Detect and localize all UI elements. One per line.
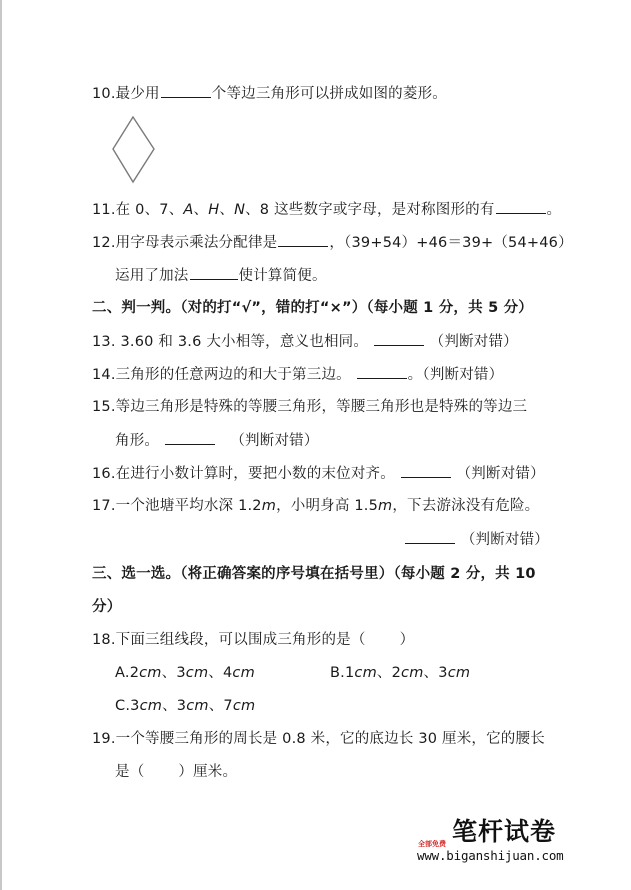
option-value: 3 [176, 665, 185, 681]
section-2-heading: 二、判一判。（对的打“√”，错的打“×”）（每小题 1 分，共 5 分） [92, 298, 533, 318]
q12-line2-suffix: 使计算简便。 [239, 268, 327, 284]
q13-prefix: 13. 3.60 和 3.6 大小相等，意义也相同。 [92, 334, 368, 350]
question-12-line2: 运用了加法使计算简便。 [115, 265, 327, 286]
q11-sep: 、 [194, 202, 209, 218]
q17-part3: ，下去游泳没有危险。 [392, 498, 539, 514]
q12-expression: ，（39+54）+46＝39+（54+46） [329, 235, 572, 251]
option-unit: cm [186, 665, 209, 681]
q17-part2: ，小明身高 1.5 [276, 498, 378, 514]
q19-suffix: ）厘米。 [178, 764, 237, 780]
option-value: 3 [438, 665, 447, 681]
q11-answer-blank[interactable] [496, 199, 546, 214]
option-sep: 、 [209, 698, 224, 714]
q17-answer-blank[interactable] [405, 529, 455, 544]
q12-answer-blank-1[interactable] [278, 232, 328, 247]
q14-answer-blank[interactable] [357, 364, 407, 379]
option-sep: 、 [208, 665, 223, 681]
option-unit: cm [233, 698, 256, 714]
q18-option-b[interactable]: B.1cm、2cm、3cm [330, 663, 470, 683]
option-value: 3 [130, 698, 139, 714]
question-19-line1: 19.一个等腰三角形的周长是 0.8 米，它的底边长 30 厘米，它的腰长 [92, 729, 545, 749]
question-15-line2: 角形。 （判断对错） [115, 430, 319, 451]
question-18-stem: 18.下面三组线段，可以围成三角形的是（） [92, 630, 414, 650]
watermark-logo: 笔杆试卷 全部免费 www.biganshijuan.com [414, 818, 614, 868]
question-19-line2: 是（）厘米。 [115, 762, 237, 782]
question-13: 13. 3.60 和 3.6 大小相等，意义也相同。 （判断对错） [92, 331, 518, 352]
option-label: A. [115, 665, 130, 681]
option-sep: 、 [377, 665, 392, 681]
option-unit: cm [186, 698, 209, 714]
option-value: 4 [223, 665, 232, 681]
option-unit: cm [448, 665, 471, 681]
q17-unit: m [378, 498, 392, 514]
q16-suffix: （判断对错） [457, 466, 545, 482]
q14-suffix: 。（判断对错） [408, 367, 504, 383]
option-unit: cm [232, 665, 255, 681]
option-unit: cm [139, 665, 162, 681]
q16-answer-blank[interactable] [401, 463, 451, 478]
q18-option-a[interactable]: A.2cm、3cm、4cm [115, 663, 255, 683]
q14-prefix: 14.三角形的任意两边的和大于第三边。 [92, 367, 351, 383]
q11-letter-a: A [183, 202, 193, 218]
section-3-heading-line2: 分） [92, 597, 121, 617]
option-value: 3 [177, 698, 186, 714]
option-label: B. [330, 665, 345, 681]
q17-part1: 17.一个池塘平均水深 1.2 [92, 498, 262, 514]
option-unit: cm [140, 698, 163, 714]
q11-suffix: 。 [547, 202, 562, 218]
rhombus-figure [112, 116, 156, 184]
q11-middle: 、8 这些数字或字母，是对称图形的有 [245, 202, 494, 218]
page-left-border [0, 0, 2, 890]
q10-suffix: 个等边三角形可以拼成如图的菱形。 [212, 86, 447, 102]
question-12-line1: 12.用字母表示乘法分配律是，（39+54）+46＝39+（54+46） [92, 232, 573, 253]
question-10: 10.最少用个等边三角形可以拼成如图的菱形。 [92, 83, 447, 104]
option-label: C. [115, 698, 130, 714]
q17-suffix: （判断对错） [461, 532, 549, 548]
q15-suffix: （判断对错） [230, 433, 318, 449]
watermark-free-badge: 全部免费 [418, 840, 446, 848]
q18-stem-close: ） [400, 632, 415, 648]
q18-stem: 18.下面三组线段，可以围成三角形的是（ [92, 632, 366, 648]
q18-option-c[interactable]: C.3cm、3cm、7cm [115, 696, 255, 716]
question-14: 14.三角形的任意两边的和大于第三边。 。（判断对错） [92, 364, 503, 385]
q11-letter-n: N [234, 202, 245, 218]
q12-answer-blank-2[interactable] [190, 265, 238, 280]
option-value: 1 [345, 665, 354, 681]
option-value: 7 [223, 698, 232, 714]
q10-answer-blank[interactable] [161, 83, 211, 98]
q13-answer-blank[interactable] [374, 331, 424, 346]
q15-answer-blank[interactable] [165, 430, 215, 445]
question-17-line1: 17.一个池塘平均水深 1.2m，小明身高 1.5m，下去游泳没有危险。 [92, 496, 539, 516]
option-unit: cm [401, 665, 424, 681]
q12-line2-prefix: 运用了加法 [115, 268, 189, 284]
q16-prefix: 16.在进行小数计算时，要把小数的末位对齐。 [92, 466, 395, 482]
q11-sep: 、 [219, 202, 234, 218]
option-unit: cm [354, 665, 377, 681]
q11-letter-h: H [208, 202, 219, 218]
section-3-heading-line1: 三、选一选。（将正确答案的序号填在括号里）（每小题 2 分，共 10 [92, 564, 536, 584]
q15-prefix: 角形。 [115, 433, 159, 449]
question-17-line2: （判断对错） [404, 529, 549, 550]
q13-suffix: （判断对错） [430, 334, 518, 350]
option-sep: 、 [162, 698, 177, 714]
q19-prefix: 是（ [115, 764, 144, 780]
q12-prefix: 12.用字母表示乘法分配律是 [92, 235, 277, 251]
question-11: 11.在 0、7、A、H、N、8 这些数字或字母，是对称图形的有。 [92, 199, 561, 220]
option-value: 2 [392, 665, 401, 681]
q11-prefix: 11.在 0、7、 [92, 202, 183, 218]
option-sep: 、 [162, 665, 177, 681]
watermark-title: 笔杆试卷 [452, 818, 556, 846]
question-15-line1: 15.等边三角形是特殊的等腰三角形，等腰三角形也是特殊的等边三 [92, 397, 527, 417]
q17-unit: m [262, 498, 276, 514]
option-sep: 、 [424, 665, 439, 681]
question-16: 16.在进行小数计算时，要把小数的末位对齐。 （判断对错） [92, 463, 545, 484]
watermark-url: www.biganshijuan.com [417, 849, 564, 863]
q10-prefix: 10.最少用 [92, 86, 160, 102]
option-value: 2 [130, 665, 139, 681]
